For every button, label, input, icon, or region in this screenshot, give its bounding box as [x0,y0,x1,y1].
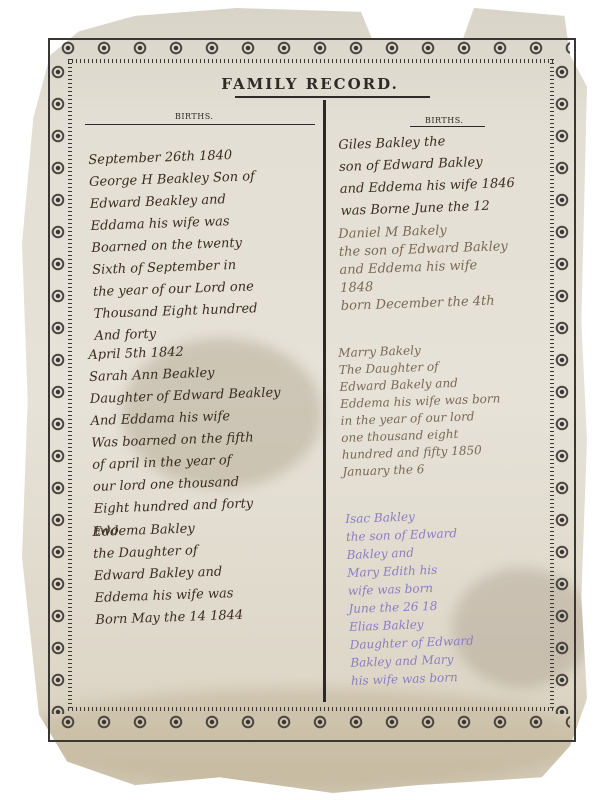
birth-entry-eddema: Eddema Bakley the Daughter of Edward Bak… [92,514,326,632]
right-column-heading: BIRTHS. [425,116,463,125]
ornament-border-bottom [50,714,570,730]
right-heading-rule [410,126,485,127]
inner-rule-bottom [68,707,554,711]
page-title: FAMILY RECORD. [190,75,430,93]
birth-entry-daniel: Daniel M Bakely the son of Edward Bakley… [338,218,571,316]
birth-entry-marry: Marry Bakely The Daughter of Edward Bake… [338,337,573,481]
inner-rule-top [68,59,554,63]
birth-entry-george: September 26th 1840 George H Beakley Son… [88,142,335,348]
birth-entry-giles: Giles Bakley the son of Edward Bakley an… [338,127,571,223]
ornament-border-top [50,40,570,56]
birth-entry-sarah-ann: April 5th 1842 Sarah Ann Beakley Daughte… [88,337,335,543]
ornament-border-left [50,56,66,714]
inner-rule-left [68,59,72,711]
left-column-heading: BIRTHS. [175,112,213,121]
birth-entry-isac: Isac Bakley the son of Edward Bakley and… [345,502,571,690]
title-underline [235,96,430,98]
left-heading-rule [85,124,315,125]
